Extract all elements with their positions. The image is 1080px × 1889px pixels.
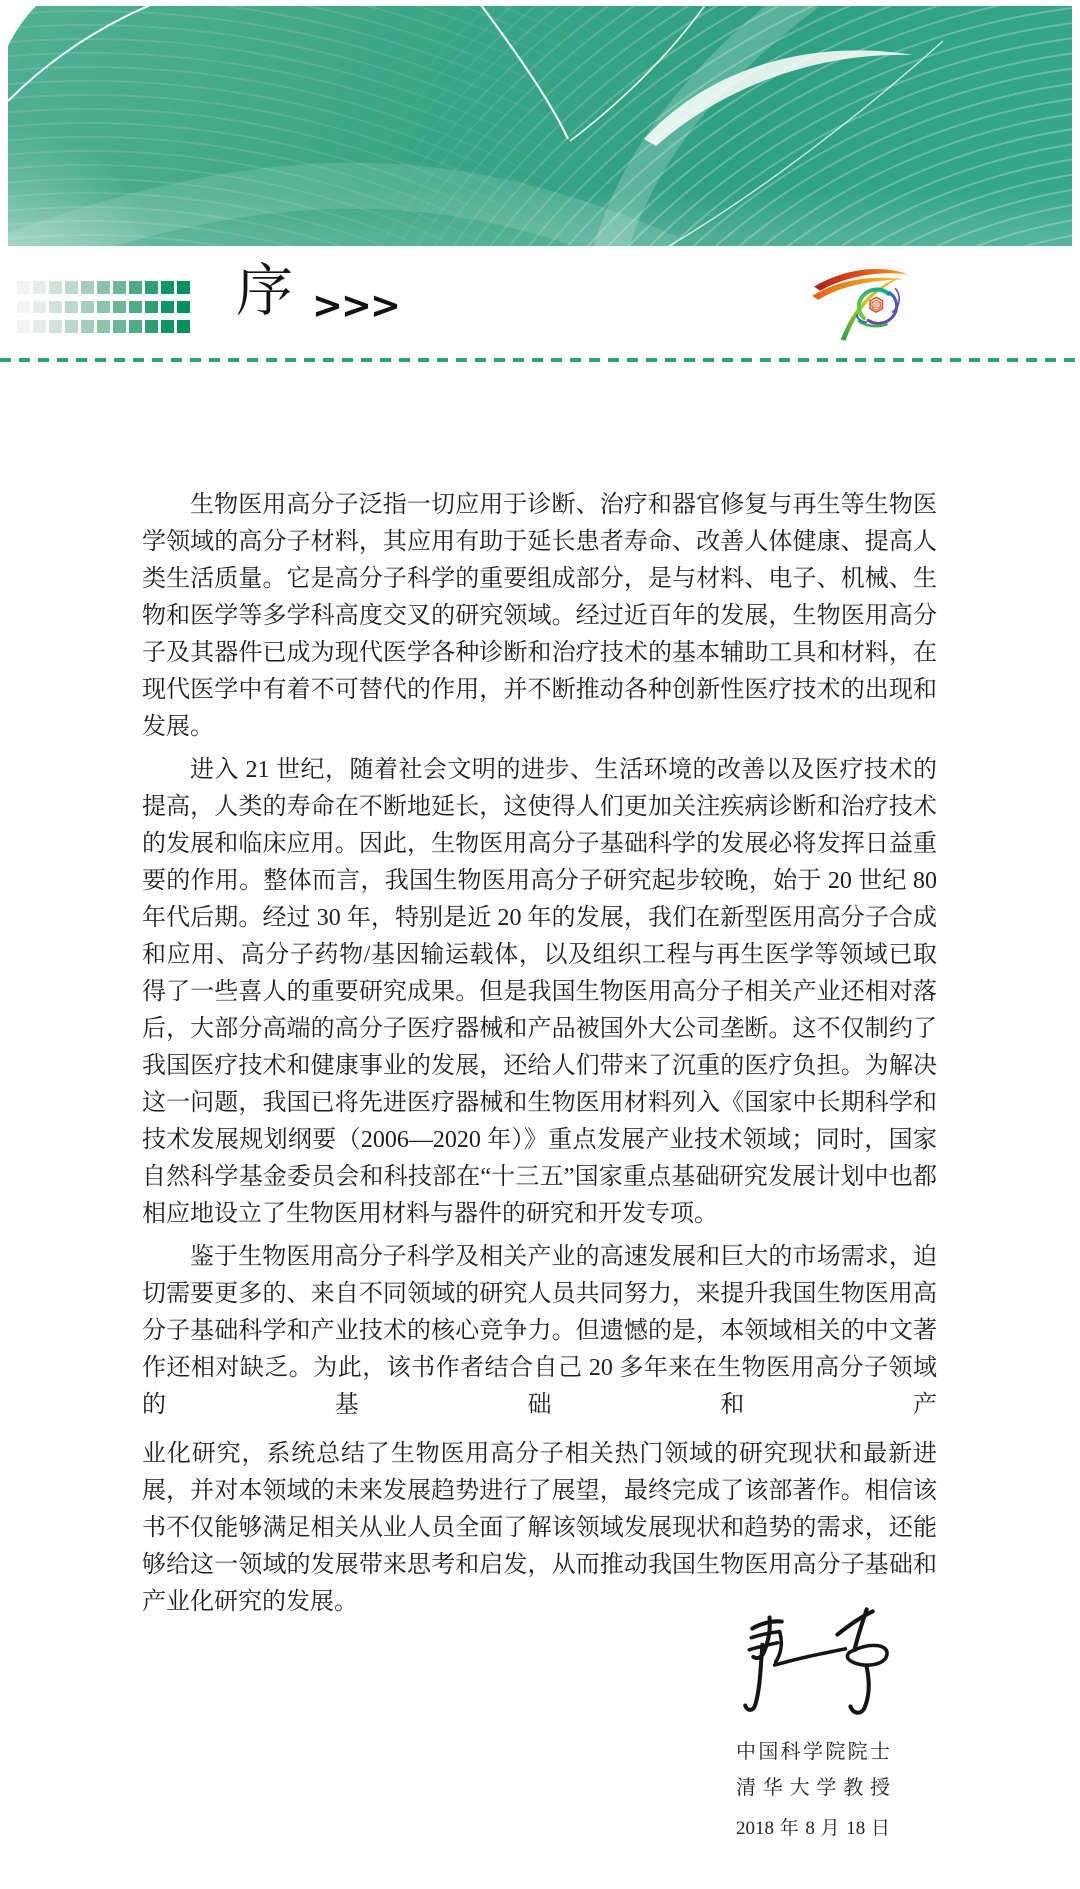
signoff-block: 中国科学院院士 清华大学教授 2018 年 8 月 18 日 [736,1740,890,1841]
preface-body: 生物医用高分子泛指一切应用于诊断、治疗和器官修复与再生等生物医学领域的高分子材料… [142,487,937,1627]
deco-square [177,320,190,333]
page-title: 序 [236,262,293,322]
paragraph: 生物医用高分子泛指一切应用于诊断、治疗和器官修复与再生等生物医学领域的高分子材料… [142,487,937,746]
deco-square [81,320,94,333]
paragraph: 鉴于生物医用高分子科学及相关产业的高速发展和巨大的市场需求，迫切需要更多的、来自… [142,1239,937,1424]
deco-square [97,301,110,314]
deco-square [33,320,46,333]
paragraph: 进入 21 世纪，随着社会文明的进步、生活环境的改善以及医疗技术的提高，人类的寿… [142,752,937,1233]
deco-square [49,301,62,314]
deco-square [129,281,142,294]
handwritten-signature [724,1604,896,1724]
deco-square [65,320,78,333]
deco-square [49,281,62,294]
deco-square [129,301,142,314]
deco-square [81,281,94,294]
deco-square [65,301,78,314]
deco-square [81,301,94,314]
deco-square [161,281,174,294]
deco-square [113,320,126,333]
signoff-title-1: 中国科学院院士 [736,1740,890,1764]
deco-square [145,320,158,333]
deco-square [113,301,126,314]
deco-square [97,320,110,333]
deco-square [145,281,158,294]
deco-square [177,301,190,314]
preface-page: { "header": { "title": "序", "title_arrow… [0,0,1080,1889]
chevrons-icon: >>> [312,284,399,327]
deco-square [113,281,126,294]
deco-square [161,320,174,333]
deco-square [177,281,190,294]
banner-curves [8,6,1072,246]
deco-square [17,320,30,333]
deco-square [65,281,78,294]
header-banner [8,6,1072,246]
deco-squares [17,281,190,333]
deco-square [17,281,30,294]
signoff-date: 2018 年 8 月 18 日 [736,1817,890,1841]
dashed-divider [0,358,1080,362]
anniversary-70-logo-icon [808,264,914,344]
deco-square [97,281,110,294]
deco-square [49,320,62,333]
deco-square [145,301,158,314]
deco-square [17,301,30,314]
deco-square [33,301,46,314]
signoff-title-2: 清华大学教授 [736,1776,890,1800]
paragraph: 业化研究，系统总结了生物医用高分子相关热门领域的研究现状和最新进展，并对本领域的… [142,1436,937,1621]
deco-square [161,301,174,314]
deco-square [129,320,142,333]
deco-square [33,281,46,294]
